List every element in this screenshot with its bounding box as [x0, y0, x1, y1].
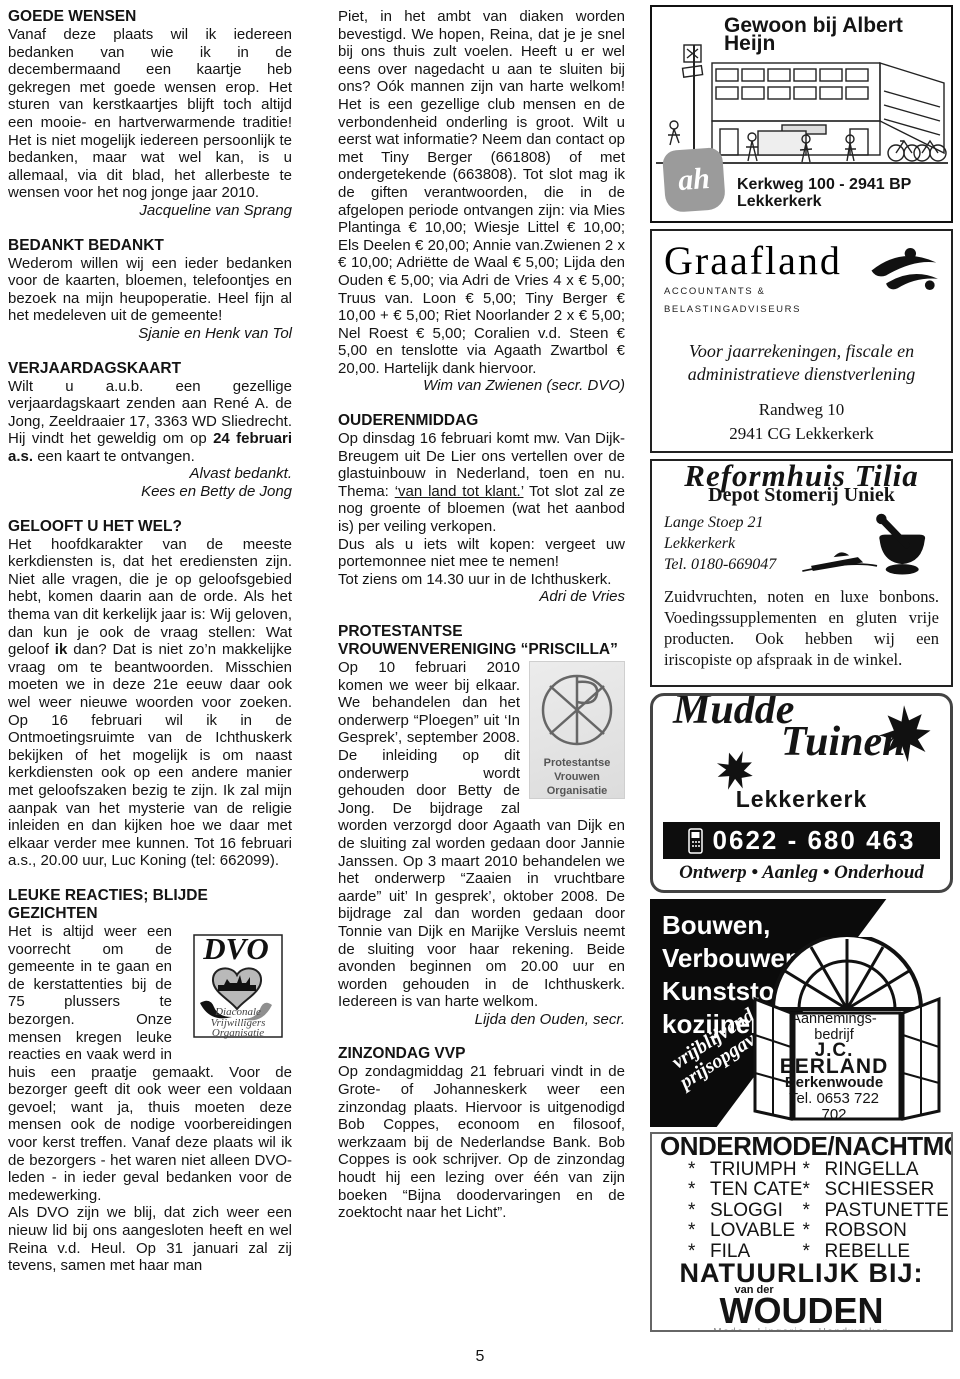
- bullet: *: [688, 1180, 710, 1201]
- phone-bar: 0622 - 680 463: [663, 822, 940, 859]
- brand-name: SCHIESSER: [825, 1179, 935, 1200]
- pvo-line3: Organisatie: [544, 784, 611, 798]
- bullet: *: [803, 1160, 825, 1181]
- section-heading: GELOOFT U HET WEL?: [8, 518, 292, 536]
- phone-icon: [688, 828, 703, 854]
- bullet: *: [803, 1201, 825, 1222]
- text-run: een kaart te ontvangen.: [33, 448, 195, 465]
- ad-phone: Tel. 0653 722 702: [775, 1091, 893, 1123]
- ah-logo-text: ah: [678, 170, 711, 190]
- signature: Kees en Betty de Jong: [8, 483, 292, 501]
- paragraph: Vanaf deze plaats wil ik iedereen bedank…: [8, 26, 292, 202]
- left-column: GOEDE WENSEN Vanaf deze plaats wil ik ie…: [8, 8, 292, 1292]
- brand-item: *SCHIESSER: [803, 1180, 949, 1201]
- signature: Alvast bedankt.: [8, 465, 292, 483]
- paragraph: Het hoofdkarakter van de meeste kerkdien…: [8, 536, 292, 870]
- section-bedankt: BEDANKT BEDANKT Wederom willen wij een i…: [8, 237, 292, 343]
- section-goede-wensen: GOEDE WENSEN Vanaf deze plaats wil ik ie…: [8, 8, 292, 220]
- paragraph: Dus als u iets wilt kopen: vergeet uw po…: [338, 536, 625, 571]
- signature: Lijda den Ouden, secr.: [338, 1011, 625, 1029]
- section-verjaardagskaart: VERJAARDAGSKAART Wilt u a.u.b. een gezel…: [8, 360, 292, 501]
- middle-column: Piet, in het ambt van diaken worden beve…: [338, 8, 625, 1239]
- section-heading: OUDERENMIDDAG: [338, 412, 625, 430]
- ad-van-der-wouden: ONDERMODE/NACHTMODE *TRIUMPH *RINGELLA *…: [650, 1132, 953, 1332]
- ad-mudde-tuinen: Mudde Tuinen Lekkerkerk 0622 - 680 463 O…: [650, 693, 953, 893]
- brand-item: *RINGELLA: [803, 1160, 949, 1181]
- brand-item: *TRIUMPH: [688, 1160, 803, 1181]
- ad-header: ONDERMODE/NACHTMODE: [660, 1138, 943, 1156]
- signature: Sjanie en Henk van Tol: [8, 325, 292, 343]
- signature: Wim van Zwienen (secr. DVO): [338, 377, 625, 395]
- section-ouderenmiddag: OUDERENMIDDAG Op dinsdag 16 februari kom…: [338, 412, 625, 606]
- pvo-line1: Protestantse: [544, 756, 611, 770]
- graafland-logo-icon: [865, 241, 940, 297]
- section-heading: ZINZONDAG VVP: [338, 1045, 625, 1063]
- ad-company-name: Mudde: [673, 702, 794, 720]
- signature: Adri de Vries: [338, 588, 625, 606]
- brand-item: *SLOGGI: [688, 1201, 803, 1222]
- paragraph: Tot ziens om 14.30 uur in de Ichthuskerk…: [338, 571, 625, 589]
- brand-name: TEN CATE: [710, 1179, 803, 1200]
- dvo-logo: DVO Diaconale Vrijwilligers Organisatie: [180, 925, 292, 1043]
- ad-subtitle: ACCOUNTANTS & BELASTINGADVISEURS: [664, 283, 861, 318]
- ad-reformhuis-tilia: Reformhuis Tilia Depot Stomerij Uniek La…: [650, 459, 953, 687]
- ah-logo-icon: ah: [662, 147, 726, 213]
- bullet: *: [803, 1180, 825, 1201]
- section-heading: VERJAARDAGSKAART: [8, 360, 292, 378]
- section-leuke-reacties: LEUKE REACTIES; BLIJDE GEZICHTEN DVO Dia…: [8, 887, 292, 1275]
- brand-name: SLOGGI: [710, 1200, 783, 1221]
- ad-city: Berkenwoude: [775, 1075, 893, 1091]
- signature: Jacqueline van Sprang: [8, 202, 292, 220]
- ad-address-line: 2941 CG Lekkerkerk: [664, 422, 939, 446]
- ad-company-line: Aannemings-: [775, 1011, 893, 1027]
- leaf-icon: [872, 704, 936, 764]
- paragraph: Op dinsdag 16 februari komt mw. Van Dijk…: [338, 430, 625, 536]
- paragraph: Wederom willen wij een ieder bedanken vo…: [8, 255, 292, 325]
- bullet: *: [688, 1201, 710, 1222]
- ad-address: Kerkweg 100 - 2941 BP Lekkerkerk: [737, 176, 951, 211]
- paragraph: Als DVO zijn we blij, dat zich weer een …: [8, 1204, 292, 1274]
- ad-company-name: Reformhuis Tilia: [664, 467, 939, 485]
- ad-tagline: Voor jaarrekeningen, fiscale en: [664, 340, 939, 363]
- ad-albert-heijn: Gewoon bij Albert Heijn: [650, 5, 953, 223]
- priscilla-logo: Protestantse Vrouwen Organisatie: [529, 661, 625, 799]
- paragraph: Op zondagmiddag 21 februari vindt in de …: [338, 1063, 625, 1221]
- pvo-line2: Vrouwen: [544, 770, 611, 784]
- ad-services: Ontwerp • Aanleg • Onderhoud: [653, 864, 950, 882]
- brand-item: *PASTUNETTE: [803, 1201, 949, 1222]
- dvo-logo-text: DVO: [202, 931, 268, 966]
- brand-name: ROBSON: [825, 1220, 907, 1241]
- ad-phone: 0622 - 680 463: [713, 832, 916, 850]
- brand-item: *LOVABLE: [688, 1221, 803, 1242]
- brand-name: RINGELLA: [825, 1159, 919, 1180]
- brand-list: *TRIUMPH *RINGELLA *TEN CATE *SCHIESSER …: [660, 1156, 943, 1263]
- ad-tagline: administratieve dienstverlening: [664, 363, 939, 386]
- ad-phone: Tel: 0180 661 661: [664, 446, 939, 453]
- ad-body-text: Zuidvruchten, noten en luxe bonbons. Voe…: [664, 586, 939, 670]
- bullet: *: [688, 1221, 710, 1242]
- wouden-logo: van der WOUDEN Mode · Lingerie · Handwer…: [707, 1285, 897, 1332]
- mortar-pestle-icon: [789, 512, 939, 578]
- text-run: Het hoofdkarakter van de meeste kerkdien…: [8, 536, 292, 659]
- page-number: 5: [0, 1348, 960, 1366]
- text-run: dan? Dat is niet zo’n makkelijke vraag o…: [8, 641, 292, 869]
- ad-city: Lekkerkerk: [653, 791, 950, 809]
- ad-address-line: Lange Stoep 21: [664, 512, 776, 533]
- section-heading: LEUKE REACTIES; BLIJDE GEZICHTEN: [8, 887, 292, 923]
- section-zinzondag: ZINZONDAG VVP Op zondagmiddag 21 februar…: [338, 1045, 625, 1221]
- company-panel: Aannemings- bedrijf J.C. EERLAND Berkenw…: [775, 1011, 893, 1123]
- ad-tagline: NATUURLIJK BIJ:: [660, 1265, 943, 1283]
- brand-item: *ROBSON: [803, 1221, 949, 1242]
- ad-jc-eerland: Bouwen, Verbouwen, Kunststof kozijnen vr…: [650, 899, 953, 1127]
- ad-company-name: WOUDEN: [707, 1295, 897, 1327]
- brand-name: LOVABLE: [710, 1220, 795, 1241]
- logo-subtitle: Mode · Lingerie · Handwerken: [707, 1327, 897, 1332]
- ad-address-line: Lekkerkerk: [664, 533, 776, 554]
- ad-phone: Tel. 0180-669047: [664, 554, 776, 575]
- bullet: *: [688, 1160, 710, 1181]
- brand-name: PASTUNETTE: [825, 1200, 949, 1221]
- section-heading: PROTESTANTSE VROUWENVERENIGING “PRISCILL…: [338, 623, 625, 659]
- ad-graafland: Graafland ACCOUNTANTS & BELASTINGADVISEU…: [650, 229, 953, 453]
- paragraph: Wilt u a.u.b. een gezellige verjaardagsk…: [8, 378, 292, 466]
- section-continuation: Piet, in het ambt van diaken worden beve…: [338, 8, 625, 395]
- underlined-theme: ‘van land tot klant.’: [395, 483, 524, 500]
- ad-company-name: EERLAND: [775, 1059, 893, 1075]
- chi-rho-icon: [537, 670, 617, 750]
- brand-name: TRIUMPH: [710, 1159, 797, 1180]
- section-heading: BEDANKT BEDANKT: [8, 237, 292, 255]
- dvo-line3: Organisatie: [212, 1027, 264, 1039]
- ad-company-name: Graafland: [664, 241, 861, 281]
- paragraph: Piet, in het ambt van diaken worden beve…: [338, 8, 625, 377]
- ad-address-line: Randweg 10: [664, 398, 939, 422]
- section-gelooft-u-het-wel: GELOOFT U HET WEL? Het hoofdkarakter van…: [8, 518, 292, 870]
- bold-word: ik: [55, 641, 68, 658]
- bullet: *: [803, 1221, 825, 1242]
- brand-item: *TEN CATE: [688, 1180, 803, 1201]
- section-priscilla: PROTESTANTSE VROUWENVERENIGING “PRISCILL…: [338, 623, 625, 1028]
- section-heading: GOEDE WENSEN: [8, 8, 292, 26]
- ads-column: Gewoon bij Albert Heijn: [650, 5, 953, 1332]
